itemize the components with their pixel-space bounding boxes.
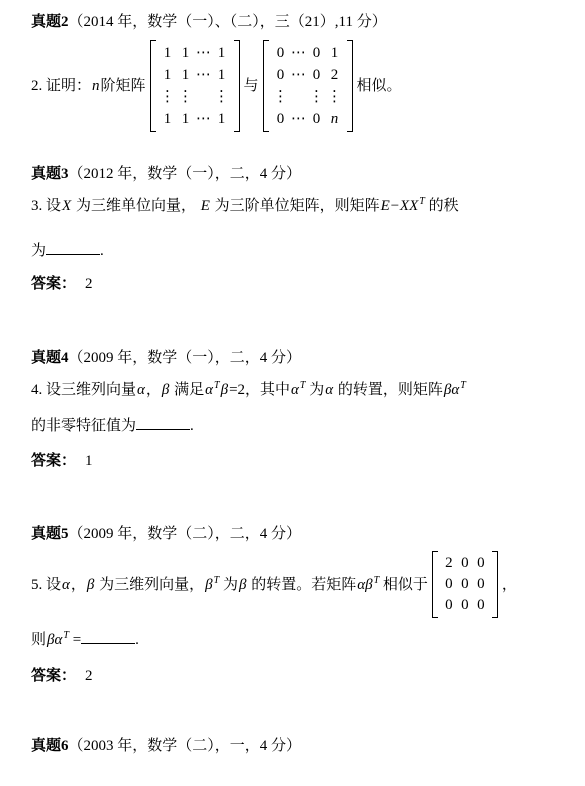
matrix-row: ⋮⋮⋮ [272,86,344,108]
statement-text: . [190,418,194,434]
math-var-n: n [92,76,100,96]
math-expr-beta-alphaT: βα [444,382,459,398]
statement-text: 则 [31,632,46,648]
matrix-cell: 1 [159,64,177,86]
matrix-cell: ⋯ [195,64,213,86]
problem-5-number-label: 真题5 [31,526,69,542]
matrix-cell: n [326,108,344,130]
math-var-beta: β [87,577,94,593]
matrix-cell: 2 [441,553,457,574]
transpose-superscript: T [460,380,466,391]
matrix-cell: 0 [272,64,290,86]
matrix-body: 0⋯010⋯02⋮⋮⋮0⋯0n [269,40,347,132]
problem-5-statement: 5. 设α，β 为三维列向量，βT 为β 的转置。若矩阵αβT 相似于 2000… [31,551,559,618]
statement-text: 满足 [170,382,204,398]
matrix-diag-2-0-0: 200000000 [432,551,498,618]
matrix-body: 200000000 [438,551,492,618]
matrix-cell: 0 [308,64,326,86]
matrix-right-bracket [347,40,353,132]
problem-5-heading-info: （2009 年，数学（二），二，4 分） [69,526,302,542]
statement-text: 的转置，则矩阵 [334,382,443,398]
transpose-superscript: T [214,380,220,391]
matrix-all-ones: 11⋯111⋯1⋮⋮⋮11⋯1 [150,40,240,132]
answer-label: 答案： [31,276,76,292]
problem-6-heading-info: （2003 年，数学（二），一，4 分） [69,738,302,754]
matrix-cell: 1 [213,42,231,64]
math-var-beta: β [205,577,212,593]
statement-text: . [100,243,104,259]
matrix-row: 11⋯1 [159,42,231,64]
matrix-row: ⋮⋮⋮ [159,86,231,108]
matrix-cell [195,86,213,108]
matrix-body: 11⋯111⋯1⋮⋮⋮11⋯1 [156,40,234,132]
matrix-cell: ⋮ [213,86,231,108]
problem-3-heading: 真题3（2012 年，数学（一），二，4 分） [31,164,559,184]
math-var-beta: β [239,577,246,593]
problem-4-answer: 答案：1 [31,451,559,471]
answer-value: 2 [85,276,93,292]
statement-text: 为 [219,577,238,593]
problem-6-number-label: 真题6 [31,738,69,754]
matrix-cell: 0 [457,595,473,616]
statement-text: 为 [305,382,324,398]
matrix-cell: 1 [177,64,195,86]
problem-3-heading-info: （2012 年，数学（一），二，4 分） [69,166,302,182]
matrix-cell: 1 [213,64,231,86]
matrix-cell: ⋮ [159,86,177,108]
problem-4-heading-info: （2009 年，数学（一），二，4 分） [69,350,302,366]
problem-2-heading: 真题2（2014 年，数学（一）、（二），三（21）,11 分） [31,12,559,32]
statement-text: 为三维单位向量， [72,198,200,214]
answer-blank [136,417,190,430]
statement-text: 相似于 [379,577,428,593]
matrix-right-bracket [234,40,240,132]
statement-text: 为三维列向量， [95,577,204,593]
matrix-right-bracket [492,551,498,618]
problem-5-heading: 真题5（2009 年，数学（二），二，4 分） [31,524,559,544]
matrix-last-column: 0⋯010⋯02⋮⋮⋮0⋯0n [263,40,353,132]
statement-text: ， [71,577,86,593]
matrix-cell: ⋮ [272,86,290,108]
matrix-cell: 0 [272,42,290,64]
problem-3-number-label: 真题3 [31,166,69,182]
matrix-cell: 0 [473,574,489,595]
matrix-cell: ⋮ [308,86,326,108]
matrix-row: 0⋯02 [272,64,344,86]
math-expr-E-minus-XXT: E−XX [381,198,419,214]
matrix-cell: 1 [177,42,195,64]
statement-text: 的转置。若矩阵 [247,577,356,593]
statement-text: 2. 证明： [31,76,91,96]
problem-5-statement-continued: 则βαT =. [31,630,559,650]
document-page: 真题2（2014 年，数学（一）、（二），三（21）,11 分） 2. 证明：n… [0,0,585,786]
matrix-cell: ⋯ [290,64,308,86]
statement-text: ， [502,575,517,595]
math-var-X: X [62,198,71,214]
problem-2-number-label: 真题2 [31,14,69,30]
matrix-cell: ⋮ [177,86,195,108]
math-expr-beta-alphaT: βα [47,632,62,648]
answer-value: 2 [85,668,93,684]
problem-3-statement: 3. 设X 为三维单位向量， E 为三阶单位矩阵，则矩阵E−XXT 的秩 [31,196,559,216]
matrix-row: 0⋯0n [272,108,344,130]
statement-text: . [135,632,139,648]
statement-text: 4. 设三维列向量 [31,382,136,398]
matrix-row: 200 [441,553,489,574]
matrix-cell: 2 [326,64,344,86]
statement-segment: 5. 设α，β 为三维列向量，βT 为β 的转置。若矩阵αβT 相似于 [31,575,428,595]
math-expr-alpha-betaT: αβ [357,577,372,593]
matrix-row: 000 [441,595,489,616]
math-var-E: E [201,198,210,214]
math-var-alpha: α [62,577,70,593]
answer-label: 答案： [31,668,76,684]
answer-blank [81,631,135,644]
matrix-cell: 0 [473,553,489,574]
problem-5-answer: 答案：2 [31,666,559,686]
problem-6-heading: 真题6（2003 年，数学（二），一，4 分） [31,736,559,756]
problem-4-statement: 4. 设三维列向量α，β 满足αTβ=2，其中αT 为α 的转置，则矩阵βαT [31,380,559,400]
statement-text: = [69,632,81,648]
matrix-row: 000 [441,574,489,595]
matrix-cell: ⋮ [326,86,344,108]
problem-4-statement-continued: 的非零特征值为. [31,416,559,436]
matrix-cell: 1 [159,108,177,130]
matrix-cell: ⋯ [290,108,308,130]
answer-value: 1 [85,453,93,469]
matrix-cell: 1 [326,42,344,64]
statement-text: 的秩 [425,198,459,214]
problem-2-heading-info: （2014 年，数学（一）、（二），三（21）,11 分） [69,14,387,30]
statement-text: 的非零特征值为 [31,418,136,434]
statement-text: =2，其中 [229,382,290,398]
problem-3-statement-continued: 为. [31,241,559,261]
statement-text: 3. 设 [31,198,61,214]
matrix-cell: ⋯ [195,42,213,64]
matrix-cell: 0 [308,108,326,130]
matrix-cell [290,86,308,108]
answer-label: 答案： [31,453,76,469]
matrix-cell: ⋯ [290,42,308,64]
statement-text: 阶矩阵 [101,76,146,96]
statement-text: 为 [31,243,46,259]
math-var-beta: β [221,382,228,398]
problem-4-number-label: 真题4 [31,350,69,366]
matrix-cell: 0 [308,42,326,64]
matrix-cell: 1 [159,42,177,64]
math-var-beta: β [162,382,169,398]
statement-text: 相似。 [357,76,402,96]
statement-text: 为三阶单位矩阵，则矩阵 [211,198,380,214]
matrix-cell: ⋯ [195,108,213,130]
statement-text: 5. 设 [31,577,61,593]
statement-text: 与 [244,76,259,96]
matrix-cell: 0 [473,595,489,616]
matrix-cell: 0 [457,553,473,574]
matrix-row: 11⋯1 [159,64,231,86]
matrix-cell: 0 [441,595,457,616]
matrix-row: 0⋯01 [272,42,344,64]
matrix-cell: 1 [177,108,195,130]
math-var-alpha: α [205,382,213,398]
matrix-cell: 0 [441,574,457,595]
answer-blank [46,242,100,255]
matrix-cell: 0 [272,108,290,130]
matrix-cell: 0 [457,574,473,595]
problem-4-heading: 真题4（2009 年，数学（一），二，4 分） [31,348,559,368]
matrix-cell: 1 [213,108,231,130]
matrix-row: 11⋯1 [159,108,231,130]
math-var-alpha: α [325,382,333,398]
math-var-alpha: α [291,382,299,398]
problem-3-answer: 答案：2 [31,274,559,294]
problem-2-statement: 2. 证明：n 阶矩阵 11⋯111⋯1⋮⋮⋮11⋯1 与 0⋯010⋯02⋮⋮… [31,40,559,132]
math-var-alpha: α [137,382,145,398]
statement-text: ， [146,382,161,398]
